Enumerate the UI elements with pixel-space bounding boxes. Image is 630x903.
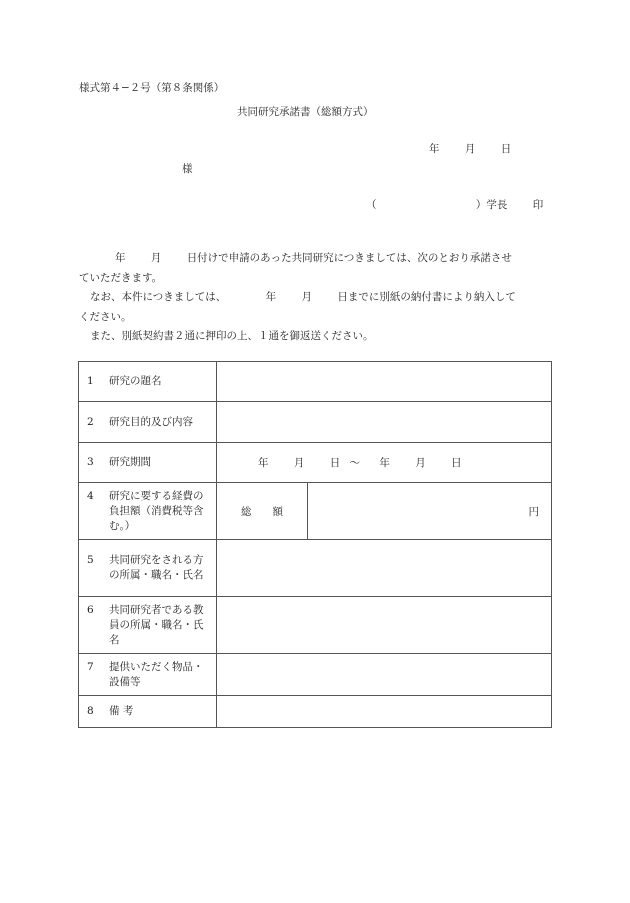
row-number: 1: [87, 374, 109, 389]
issuer-open-paren: （: [366, 199, 377, 211]
table-row: 7提供いただく物品・設備等: [79, 654, 552, 696]
issuer-line: （ ）学長 印: [366, 197, 543, 212]
period-start-day: 日: [330, 457, 341, 469]
seal-mark: 印: [533, 199, 544, 211]
remarks-field[interactable]: [217, 696, 552, 728]
table-row: 8備 考: [79, 696, 552, 728]
period-start-month: 月: [294, 457, 305, 469]
table-row: 4研究に要する経費の負担額（消費税等含む。） 総 額 円: [79, 483, 552, 540]
document-title: 共同研究承諾書（総額方式）: [237, 104, 374, 119]
date-day: 日: [501, 143, 512, 155]
row-label: 研究目的及び内容: [109, 415, 213, 430]
period-end-day: 日: [451, 457, 462, 469]
p1-text: 日付けで申請のあった共同研究につきましては、次のとおり承諾させ: [187, 252, 512, 264]
row-label: 共同研究者である教員の所属・職名・氏名: [109, 603, 213, 648]
p1-year: 年: [115, 252, 126, 264]
table-row: 5共同研究をされる方の所属・職名・氏名: [79, 540, 552, 597]
period-separator: 〜: [350, 457, 361, 469]
p2-line2: ください。: [79, 308, 551, 328]
p2-month: 月: [301, 291, 312, 303]
p2-text-rest: 日までに別紙の納付書により納入して: [337, 291, 516, 303]
row-label: 研究の題名: [109, 374, 213, 389]
research-purpose-field[interactable]: [217, 402, 552, 443]
row-number: 7: [87, 660, 109, 675]
table-row: 2研究目的及び内容: [79, 402, 552, 443]
issuer-title: ）学長: [476, 199, 508, 211]
row-label: 研究期間: [109, 455, 213, 470]
p2-text-start: なお、本件につきましては、: [90, 291, 226, 303]
partner-affiliation-field[interactable]: [217, 540, 552, 597]
details-table: 1研究の題名 2研究目的及び内容 3研究期間 年 月 日 〜 年 月 日 4研究…: [78, 361, 552, 728]
period-end-month: 月: [415, 457, 426, 469]
p2-year: 年: [266, 291, 277, 303]
form-number: 様式第４−２号（第８条関係）: [79, 80, 224, 95]
table-row: 6共同研究者である教員の所属・職名・氏名: [79, 597, 552, 654]
row-number: 2: [87, 415, 109, 430]
row-label: 共同研究をされる方の所属・職名・氏名: [109, 553, 213, 583]
faculty-affiliation-field[interactable]: [217, 597, 552, 654]
p1-line2: ていただきます。: [79, 269, 551, 289]
period-end-year: 年: [379, 457, 390, 469]
row-number: 5: [87, 553, 109, 568]
date-line: 年 月 日: [429, 141, 511, 156]
total-amount-field[interactable]: 円: [308, 483, 552, 540]
body-paragraph-1: 年 月 日付けで申請のあった共同研究につきましては、次のとおり承諾させ ていただ…: [79, 249, 551, 288]
row-number: 4: [87, 489, 109, 504]
p1-month: 月: [151, 252, 162, 264]
research-title-field[interactable]: [217, 362, 552, 402]
body-paragraph-2: なお、本件につきましては、 年 月 日までに別紙の納付書により納入して ください…: [79, 288, 551, 327]
row-number: 8: [87, 704, 109, 719]
table-row: 1研究の題名: [79, 362, 552, 402]
yen-unit: 円: [529, 506, 540, 518]
research-period-field[interactable]: 年 月 日 〜 年 月 日: [217, 443, 552, 483]
row-label: 研究に要する経費の負担額（消費税等含む。）: [109, 489, 213, 534]
body-paragraph-3: また、別紙契約書２通に押印の上、１通を御返送ください。: [79, 327, 562, 347]
addressee-honorific: 様: [182, 161, 193, 176]
table-row: 3研究期間 年 月 日 〜 年 月 日: [79, 443, 552, 483]
row-label: 提供いただく物品・設備等: [109, 660, 213, 690]
total-amount-label: 総 額: [217, 483, 308, 540]
row-number: 3: [87, 455, 109, 470]
row-number: 6: [87, 603, 109, 618]
period-start-year: 年: [258, 457, 269, 469]
date-year: 年: [429, 143, 440, 155]
provided-equipment-field[interactable]: [217, 654, 552, 696]
row-label: 備 考: [109, 704, 213, 719]
date-month: 月: [465, 143, 476, 155]
